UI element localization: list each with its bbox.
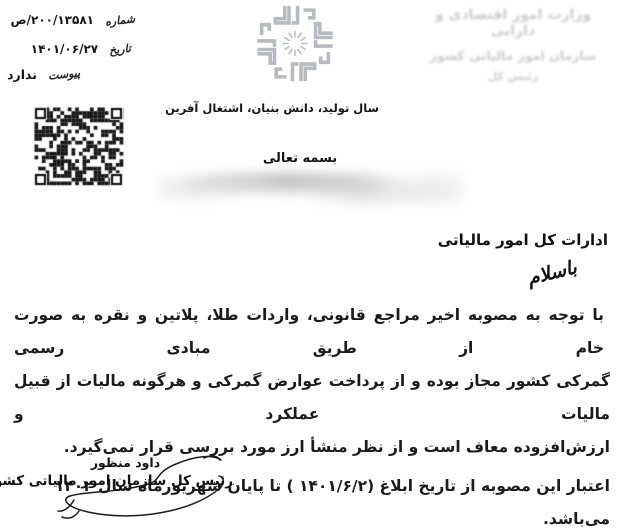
letterhead-line: سازمان امور مالیاتی کشور xyxy=(412,48,614,63)
redacted-blur xyxy=(158,170,465,206)
signatory-title: رئیس کل سازمان امور مالیاتی کشور xyxy=(18,473,233,489)
body-line: گمرکی کشور مجاز بوده و از پرداخت عوارض گ… xyxy=(14,365,610,431)
letter-number-row: شماره ۲۰۰/۱۳۵۸۱/ص xyxy=(10,13,135,27)
body-line: با توجه به مصوبه اخیر مراجع قانونی، وارد… xyxy=(14,299,610,365)
signature-block: داود منظور رئیس کل سازمان امور مالیاتی ک… xyxy=(18,455,233,489)
letterhead-block: وزارت امور اقتصادی و دارایی سازمان امور … xyxy=(412,7,614,83)
letter-page: شماره ۲۰۰/۱۳۵۸۱/ص تاریخ ۱۴۰۱/۰۶/۲۷ پیوست… xyxy=(0,0,620,529)
recipient-line: ادارات کل امور مالیاتی xyxy=(438,231,608,249)
ministry-emblem-icon xyxy=(250,5,340,82)
letter-number-label: شماره xyxy=(104,12,135,28)
letter-date-row: تاریخ ۱۴۰۱/۰۶/۲۷ xyxy=(31,42,131,56)
qr-code-icon xyxy=(32,105,125,188)
salutation-handwritten: باسلام xyxy=(525,256,579,289)
letter-body: با توجه به مصوبه اخیر مراجع قانونی، وارد… xyxy=(14,299,610,529)
attachment-row: پیوست ندارد xyxy=(7,67,80,82)
letterhead-line: رئیس کل xyxy=(412,70,614,83)
letter-date-value: ۱۴۰۱/۰۶/۲۷ xyxy=(31,42,98,56)
basmala: بسمه تعالی xyxy=(150,151,450,166)
letter-number-value: ۲۰۰/۱۳۵۸۱/ص xyxy=(10,13,94,27)
year-slogan: سال تولید، دانش بنیان، اشتغال آفرین xyxy=(122,101,422,115)
signatory-name: داود منظور xyxy=(18,455,233,470)
letterhead-line: وزارت امور اقتصادی و دارایی xyxy=(412,7,614,39)
emblem-sunburst xyxy=(283,32,307,56)
attachment-label: پیوست xyxy=(47,66,80,82)
letter-date-label: تاریخ xyxy=(108,41,131,56)
attachment-value: ندارد xyxy=(7,67,37,82)
